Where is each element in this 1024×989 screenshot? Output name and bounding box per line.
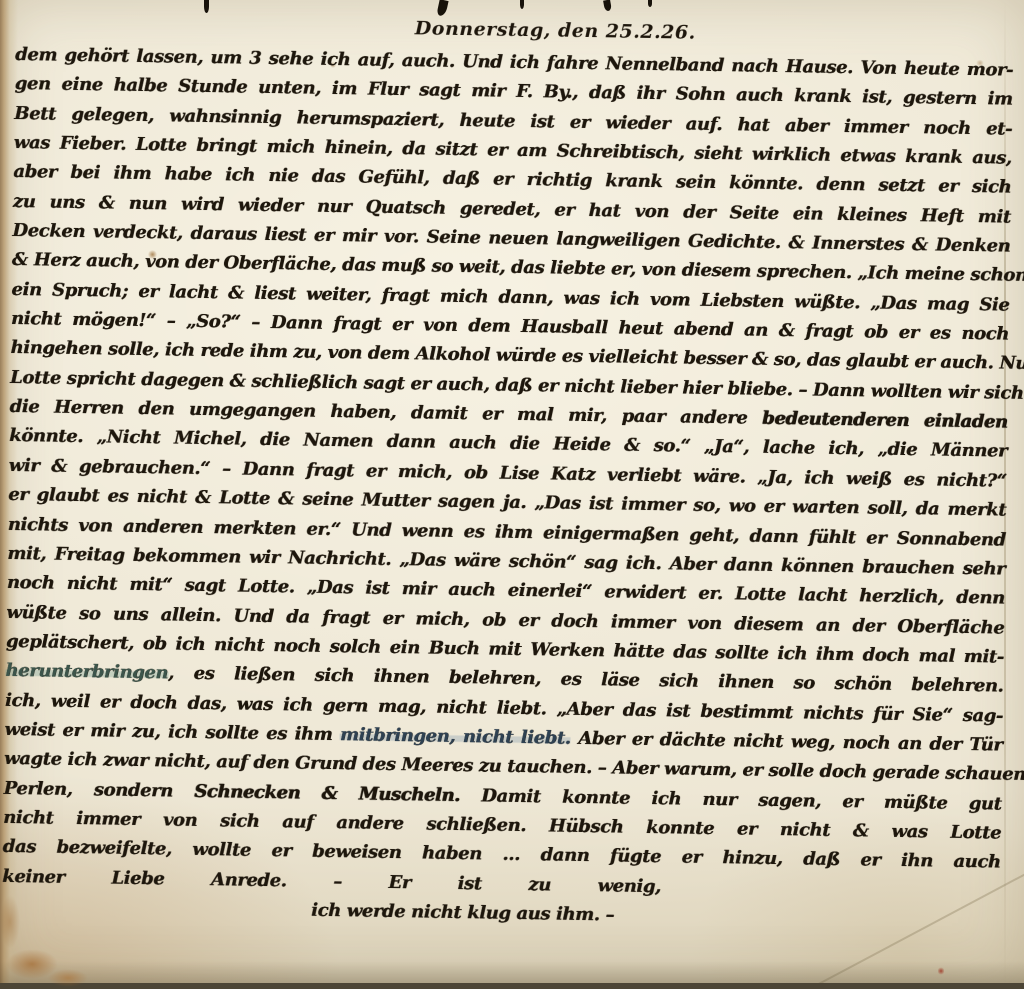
diary-page: Donnerstag, den 25.2.26. dem gehört lass… [0, 0, 1024, 989]
heavy-ink-words: Schnecken & Muscheln. [194, 780, 460, 805]
bottom-page-edge [0, 983, 1024, 989]
green-smudged-words: herunterbringen [5, 660, 168, 684]
cutoff-ink-fragment [648, 0, 652, 7]
bottom-edge-shadow [0, 961, 1024, 983]
handwriting-text: Aber er dächte nicht weg, noch an der Tü… [570, 728, 1002, 756]
manuscript-lines: dem gehört lassen, um 3 sehe ich auf, au… [2, 40, 1014, 936]
handwriting-text: weist er mir zu, ich sollte es ihm [4, 719, 340, 745]
handwriting-text: keiner Liebe Anrede. – Er ist zu wenig, [2, 866, 661, 897]
manuscript-body: Donnerstag, den 25.2.26. dem gehört lass… [2, 4, 1014, 936]
handwriting-text: Perlen, sondern [4, 777, 195, 801]
handwriting-text: Damit konnte ich nur sagen, er müßte gut [460, 785, 1002, 815]
blue-smudged-words: mitbringen, nicht liebt. [340, 724, 571, 749]
handwriting-text: ich werde nicht klug aus ihm. – [311, 900, 614, 926]
cutoff-ink-fragment [520, 0, 524, 9]
heavy-ink-words: bedeutenderen einladen [762, 408, 1008, 433]
cutoff-ink-fragment [603, 0, 612, 12]
